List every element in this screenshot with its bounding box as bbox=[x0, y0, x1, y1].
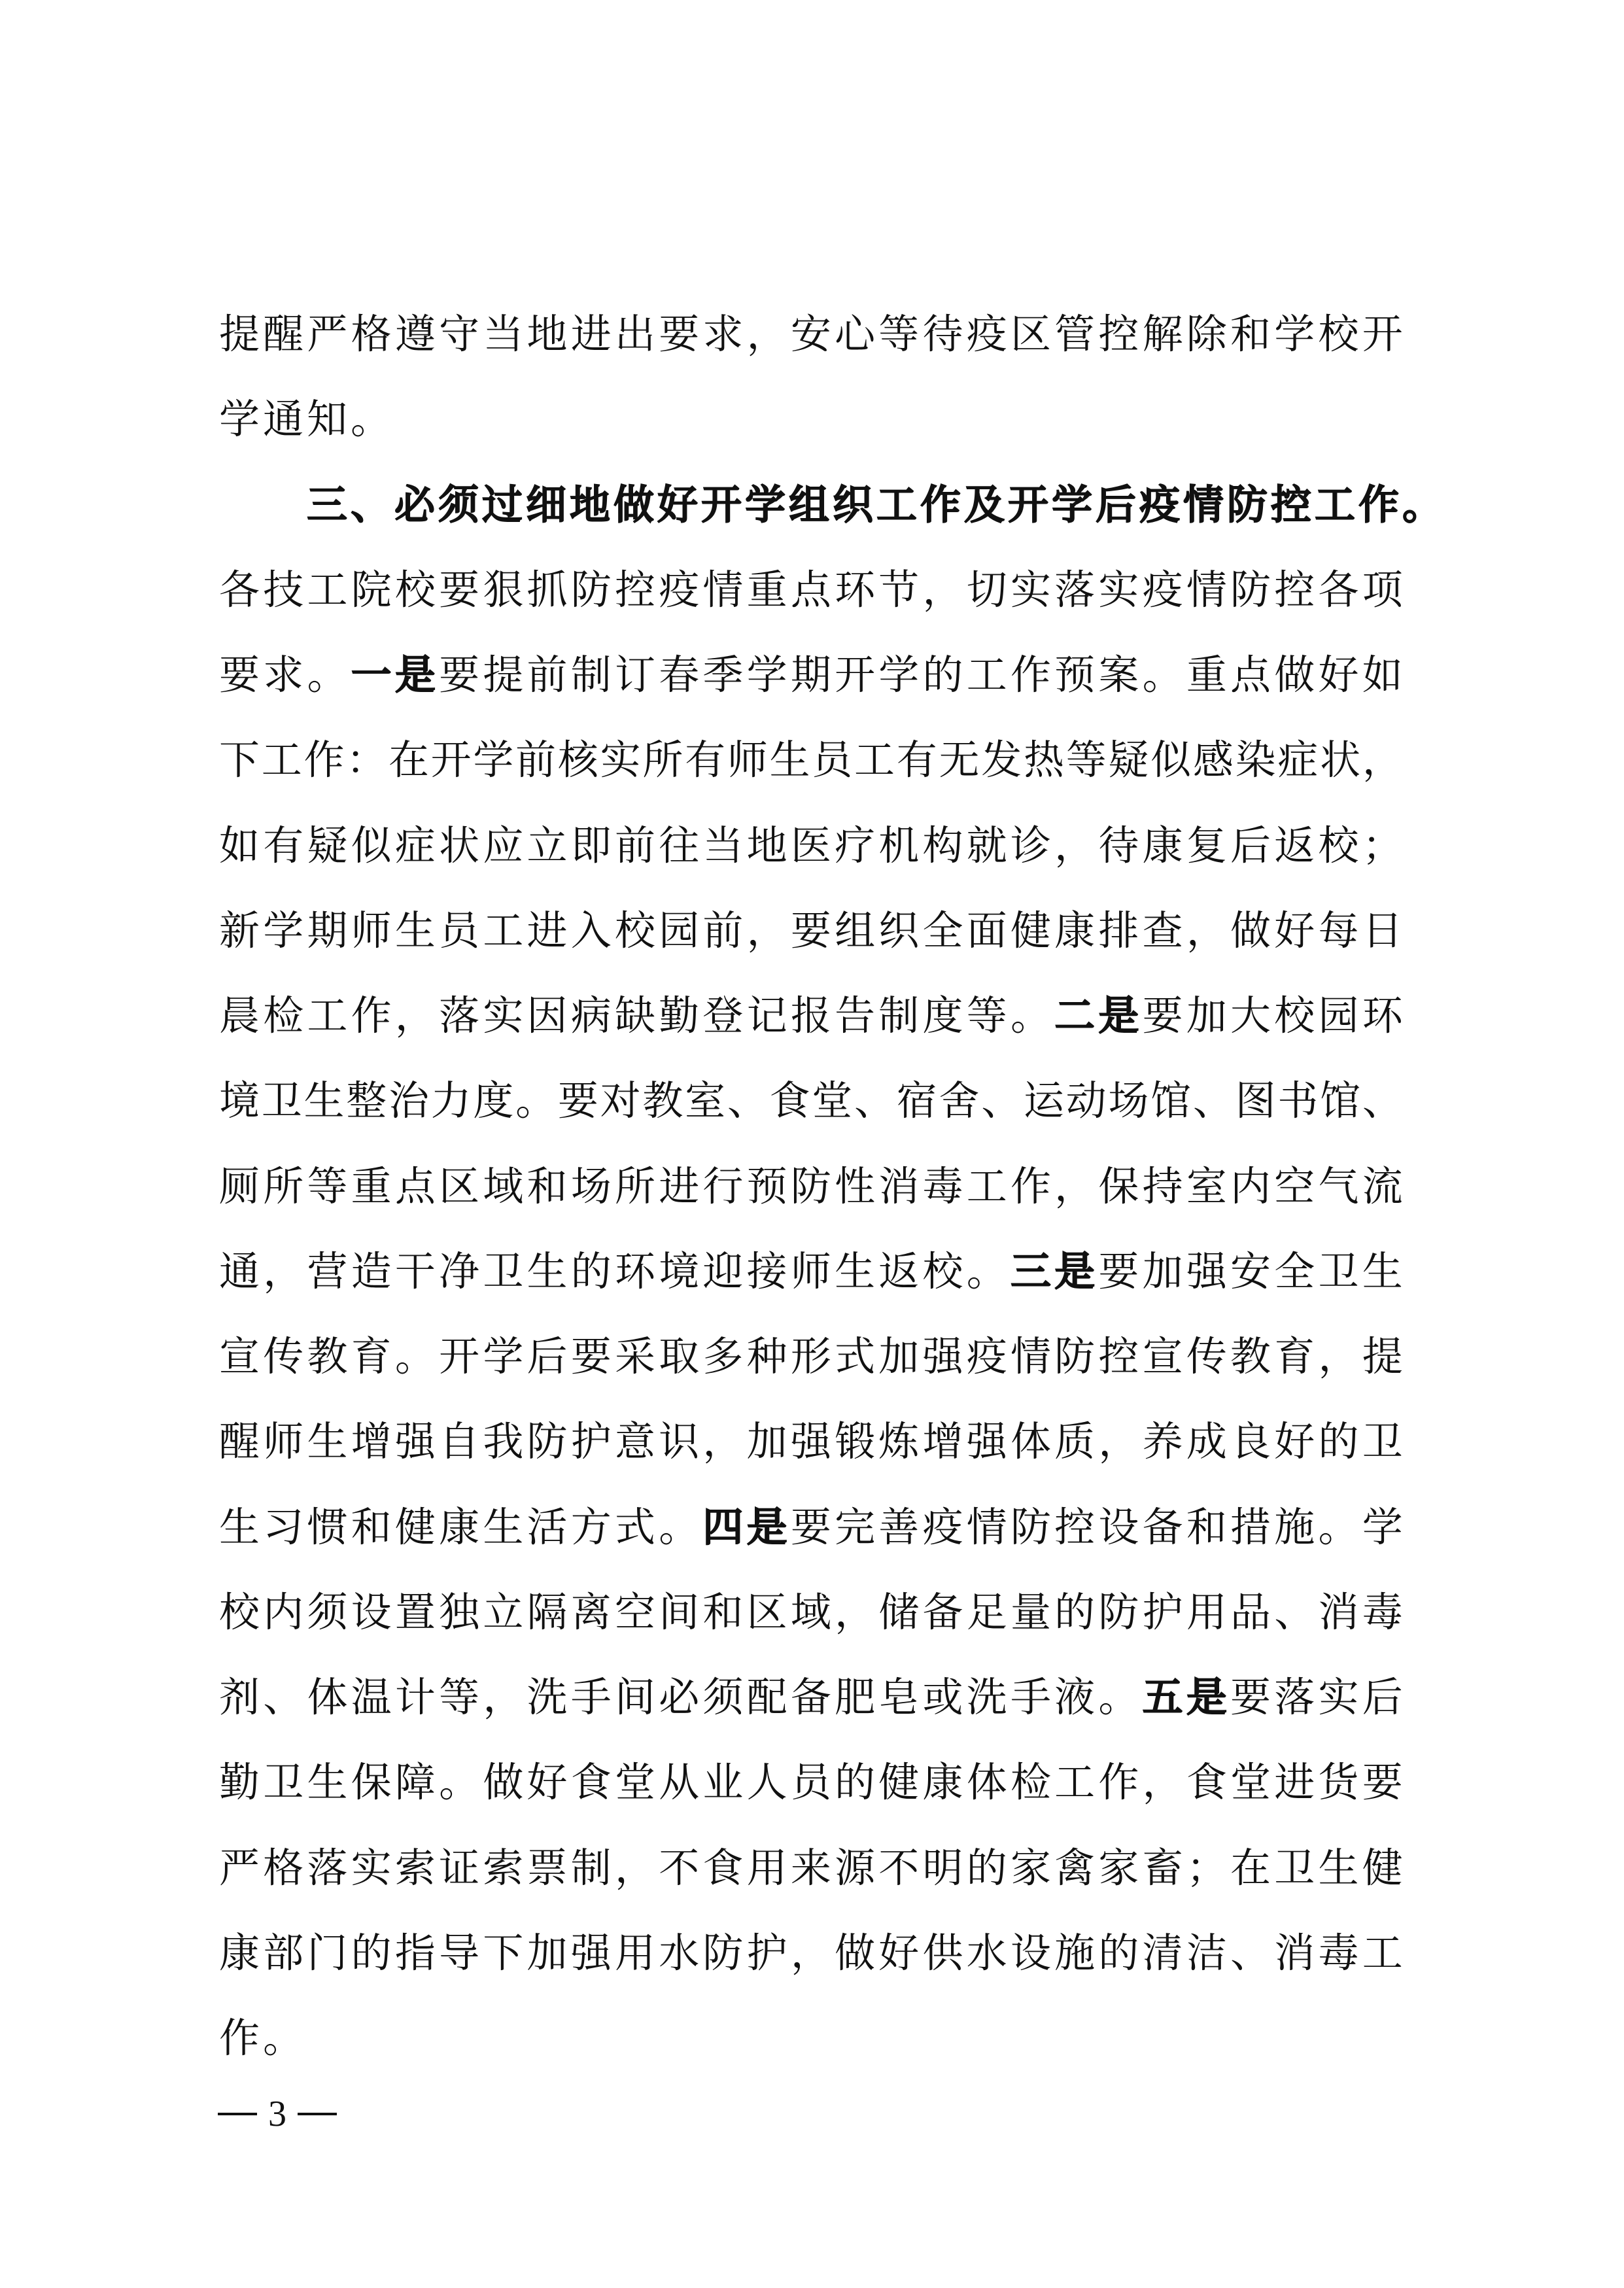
char: 护 bbox=[1143, 1570, 1183, 1655]
char: 等 bbox=[878, 292, 919, 377]
char: 食 bbox=[702, 1826, 743, 1911]
char: 后 bbox=[527, 1314, 568, 1399]
text-line: 作。 bbox=[219, 1996, 1403, 2081]
char: 切 bbox=[967, 547, 1007, 633]
char: 教 bbox=[1230, 1314, 1271, 1399]
char: 票 bbox=[527, 1826, 568, 1911]
char: 似 bbox=[351, 803, 392, 888]
char: 告 bbox=[835, 973, 875, 1058]
char: 大 bbox=[1230, 973, 1271, 1058]
char: 前 bbox=[702, 888, 743, 973]
char: 营 bbox=[307, 1229, 347, 1314]
char: 等 bbox=[1066, 718, 1107, 803]
char: 施 bbox=[1274, 1485, 1315, 1570]
char: 狠 bbox=[483, 547, 523, 633]
char: 好 bbox=[1274, 888, 1315, 973]
char: 工 bbox=[967, 633, 1007, 718]
char: 往 bbox=[659, 803, 699, 888]
char: 登 bbox=[702, 973, 743, 1058]
char: 间 bbox=[615, 1655, 655, 1740]
char: 重 bbox=[351, 1144, 392, 1229]
char: 剂 bbox=[219, 1655, 260, 1740]
char: 置 bbox=[395, 1570, 436, 1655]
char: 环 bbox=[615, 1229, 655, 1314]
char: 提 bbox=[1362, 1314, 1403, 1399]
char: 堂 bbox=[812, 1058, 852, 1143]
char: 毒 bbox=[1362, 1570, 1403, 1655]
char: 实 bbox=[1098, 547, 1139, 633]
char: 域 bbox=[791, 1570, 831, 1655]
char: 康 bbox=[219, 1911, 260, 1996]
char: 质 bbox=[1054, 1399, 1095, 1484]
char: 隔 bbox=[527, 1570, 568, 1655]
char: 染 bbox=[1235, 718, 1276, 803]
char: 不 bbox=[659, 1826, 699, 1911]
char: 落 bbox=[439, 973, 479, 1058]
char: 畜 bbox=[1143, 1826, 1183, 1911]
char: 护 bbox=[571, 1399, 612, 1484]
char: 书 bbox=[1277, 1058, 1318, 1143]
char: 备 bbox=[923, 1570, 963, 1655]
char: 下 bbox=[219, 718, 260, 803]
char: 师 bbox=[727, 718, 768, 803]
char: 采 bbox=[615, 1314, 655, 1399]
char: 情 bbox=[1186, 547, 1227, 633]
bold-char: 学 bbox=[745, 462, 786, 547]
char: 量 bbox=[1011, 1570, 1051, 1655]
char: 馆 bbox=[1320, 1058, 1360, 1143]
char: 流 bbox=[1362, 1144, 1403, 1229]
char: ， bbox=[615, 1826, 655, 1911]
char: 食 bbox=[770, 1058, 810, 1143]
char: 提 bbox=[219, 292, 260, 377]
char: 防 bbox=[791, 1144, 831, 1229]
char: 善 bbox=[878, 1485, 919, 1570]
text-line: 严格落实索证索票制，不食用来源不明的家禽家畜；在卫生健 bbox=[219, 1826, 1403, 1911]
char: 工 bbox=[967, 1144, 1007, 1229]
char: 手 bbox=[571, 1655, 612, 1740]
char: 点 bbox=[1230, 633, 1271, 718]
char: 好 bbox=[1274, 1399, 1315, 1484]
bold-char: 学 bbox=[1052, 462, 1092, 547]
char: 新 bbox=[219, 888, 260, 973]
char: 加 bbox=[1186, 973, 1227, 1058]
char: 生 bbox=[1362, 1229, 1403, 1314]
char: 堂 bbox=[1230, 1740, 1271, 1825]
text-line: 晨检工作，落实因病缺勤登记报告制度等。二是要加大校园环 bbox=[219, 973, 1403, 1058]
char: 度 bbox=[473, 1058, 513, 1143]
char: 控 bbox=[1054, 1485, 1095, 1570]
char: 症 bbox=[395, 803, 436, 888]
char: 有 bbox=[897, 718, 937, 803]
char: 的 bbox=[967, 1826, 1007, 1911]
char: 生 bbox=[395, 888, 436, 973]
char: 勤 bbox=[219, 1740, 260, 1825]
text-line: 通，营造干净卫生的环境迎接师生返校。三是要加强安全卫生 bbox=[219, 1229, 1403, 1314]
bold-char: 地 bbox=[570, 462, 610, 547]
text-line: 提醒严格遵守当地进出要求，安心等待疫区管控解除和学校开 bbox=[219, 292, 1403, 377]
char: ， bbox=[1054, 803, 1095, 888]
char: 间 bbox=[659, 1570, 699, 1655]
document-page: 提醒严格遵守当地进出要求，安心等待疫区管控解除和学校开学通知。 三、必须过细地做… bbox=[0, 0, 1624, 2288]
char: 和 bbox=[351, 1485, 392, 1570]
char: 卫 bbox=[1362, 1399, 1403, 1484]
char: 源 bbox=[835, 1826, 875, 1911]
char: 组 bbox=[835, 888, 875, 973]
char: 要 bbox=[791, 1485, 831, 1570]
bold-char: 作 bbox=[1358, 462, 1399, 547]
char: 多 bbox=[702, 1314, 743, 1399]
char: 报 bbox=[791, 973, 831, 1058]
char: 防 bbox=[1230, 547, 1271, 633]
char: 防 bbox=[702, 1911, 743, 1996]
char: 卫 bbox=[1274, 1826, 1315, 1911]
char: 业 bbox=[702, 1740, 743, 1825]
char: 禽 bbox=[1054, 1826, 1095, 1911]
char: 区 bbox=[747, 1570, 787, 1655]
char: 的 bbox=[1318, 1399, 1358, 1484]
bold-char: 做 bbox=[613, 462, 654, 547]
char: 度 bbox=[923, 973, 963, 1058]
char: 校 bbox=[1274, 973, 1315, 1058]
char: 控 bbox=[1098, 292, 1139, 377]
char: 学 bbox=[747, 633, 787, 718]
bold-char: 必 bbox=[394, 462, 435, 547]
char: 环 bbox=[835, 547, 875, 633]
char: 前 bbox=[615, 803, 655, 888]
char: 加 bbox=[878, 1314, 919, 1399]
char: 复 bbox=[1186, 803, 1227, 888]
char: ， bbox=[1318, 1314, 1358, 1399]
char: 有 bbox=[263, 803, 303, 888]
char: 园 bbox=[1318, 973, 1358, 1058]
char: 机 bbox=[878, 803, 919, 888]
bold-char: 三 bbox=[307, 462, 347, 547]
char: 各 bbox=[1318, 547, 1358, 633]
char: 状 bbox=[1320, 718, 1360, 803]
bold-char: 情 bbox=[1183, 462, 1224, 547]
char: 防 bbox=[1098, 1570, 1139, 1655]
char: 求 bbox=[263, 633, 303, 718]
char: 教 bbox=[642, 1058, 683, 1143]
char: 春 bbox=[659, 633, 699, 718]
char: 工 bbox=[307, 547, 347, 633]
char: 区 bbox=[1011, 292, 1051, 377]
char: 生 bbox=[307, 1740, 347, 1825]
char: 校 bbox=[923, 1229, 963, 1314]
char: 对 bbox=[600, 1058, 641, 1143]
char: 安 bbox=[1230, 1229, 1271, 1314]
char: 作 bbox=[1098, 1740, 1139, 1825]
char: 生 bbox=[835, 1229, 875, 1314]
char: 意 bbox=[615, 1399, 655, 1484]
char: 感 bbox=[1193, 718, 1234, 803]
char: 形 bbox=[791, 1314, 831, 1399]
char: 皂 bbox=[878, 1655, 919, 1740]
char: ， bbox=[923, 547, 963, 633]
char: 要 bbox=[439, 633, 479, 718]
char: 强 bbox=[395, 1399, 436, 1484]
char: 液 bbox=[1054, 1655, 1095, 1740]
char: 备 bbox=[1143, 1485, 1183, 1570]
char: 强 bbox=[967, 1399, 1007, 1484]
bold-char: 二 bbox=[1054, 973, 1095, 1058]
char: 卫 bbox=[263, 1740, 303, 1825]
char: 似 bbox=[1150, 718, 1191, 803]
bold-char: 组 bbox=[789, 462, 829, 547]
char: 抓 bbox=[527, 547, 568, 633]
char: 当 bbox=[702, 803, 743, 888]
char: 发 bbox=[981, 718, 1022, 803]
char: 货 bbox=[1318, 1740, 1358, 1825]
char: 织 bbox=[878, 888, 919, 973]
char: 知 bbox=[307, 377, 347, 462]
char: 后 bbox=[1230, 803, 1271, 888]
char: 。 bbox=[659, 1485, 699, 1570]
char: 生 bbox=[303, 1058, 344, 1143]
char: 地 bbox=[527, 292, 568, 377]
bold-char: 好 bbox=[657, 462, 698, 547]
char: 预 bbox=[1054, 633, 1095, 718]
char: 行 bbox=[702, 1144, 743, 1229]
bold-char: 是 bbox=[1186, 1655, 1227, 1740]
char: 接 bbox=[747, 1229, 787, 1314]
char: 好 bbox=[1318, 633, 1358, 718]
char: 全 bbox=[923, 888, 963, 973]
char: 防 bbox=[527, 1399, 568, 1484]
char: 学 bbox=[878, 633, 919, 718]
bold-char: 须 bbox=[438, 462, 479, 547]
char: 好 bbox=[878, 1911, 919, 1996]
char: 、 bbox=[854, 1058, 895, 1143]
char: 域 bbox=[483, 1144, 523, 1229]
char: 养 bbox=[1143, 1399, 1183, 1484]
char: 健 bbox=[1362, 1826, 1403, 1911]
char: 工 bbox=[483, 888, 523, 973]
bold-char: 。 bbox=[1402, 462, 1443, 547]
char: 体 bbox=[1011, 1399, 1051, 1484]
char: 生 bbox=[307, 1399, 347, 1484]
page-number-left-dash bbox=[218, 2113, 257, 2115]
char: 强 bbox=[791, 1399, 831, 1484]
bold-char: 是 bbox=[395, 633, 436, 718]
char: 诊 bbox=[1011, 803, 1051, 888]
char: 气 bbox=[1318, 1144, 1358, 1229]
char: 要 bbox=[1230, 1655, 1271, 1740]
char: 净 bbox=[439, 1229, 479, 1314]
char: 全 bbox=[1274, 1229, 1315, 1314]
char: 肥 bbox=[835, 1655, 875, 1740]
char: 力 bbox=[431, 1058, 472, 1143]
char: 。 bbox=[351, 377, 391, 462]
char: 要 bbox=[1098, 1229, 1139, 1314]
char: 地 bbox=[747, 803, 787, 888]
char: 技 bbox=[263, 547, 303, 633]
char: 干 bbox=[395, 1229, 436, 1314]
char: 和 bbox=[527, 1144, 568, 1229]
char: ， bbox=[747, 888, 787, 973]
char: 医 bbox=[791, 803, 831, 888]
char: 人 bbox=[747, 1740, 787, 1825]
char: 就 bbox=[967, 803, 1007, 888]
bold-char: 五 bbox=[1143, 1655, 1183, 1740]
char: ， bbox=[1362, 718, 1403, 803]
char: 温 bbox=[351, 1655, 392, 1740]
char: 用 bbox=[615, 1911, 655, 1996]
char: 在 bbox=[389, 718, 429, 803]
char: 。 bbox=[1318, 1485, 1358, 1570]
char: 保 bbox=[1098, 1144, 1139, 1229]
char: 要 bbox=[219, 633, 260, 718]
char: 内 bbox=[263, 1570, 303, 1655]
char: 宿 bbox=[897, 1058, 937, 1143]
char: 做 bbox=[1274, 633, 1315, 718]
char: 员 bbox=[812, 718, 852, 803]
char: 情 bbox=[967, 1485, 1007, 1570]
char: 立 bbox=[527, 803, 568, 888]
char: 勤 bbox=[659, 973, 699, 1058]
char: 治 bbox=[389, 1058, 429, 1143]
char: 面 bbox=[967, 888, 1007, 973]
char: 场 bbox=[571, 1144, 612, 1229]
char: 传 bbox=[263, 1314, 303, 1399]
char: 状 bbox=[439, 803, 479, 888]
char: 疫 bbox=[967, 292, 1007, 377]
char: ， bbox=[702, 1399, 743, 1484]
char: 记 bbox=[747, 973, 787, 1058]
char: 育 bbox=[1274, 1314, 1315, 1399]
char: 除 bbox=[1186, 292, 1227, 377]
bold-char: 工 bbox=[1315, 462, 1355, 547]
char: 、 bbox=[981, 1058, 1022, 1143]
char: 生 bbox=[770, 718, 810, 803]
char: 防 bbox=[1011, 1485, 1051, 1570]
bold-char: 作 bbox=[920, 462, 961, 547]
char: 索 bbox=[395, 1826, 436, 1911]
char: 进 bbox=[527, 888, 568, 973]
char: 各 bbox=[219, 547, 260, 633]
char: 校 bbox=[615, 888, 655, 973]
char: 、 bbox=[263, 1655, 303, 1740]
char: 控 bbox=[615, 547, 655, 633]
char: 卫 bbox=[1318, 1229, 1358, 1314]
char: ： bbox=[346, 718, 387, 803]
char: 应 bbox=[483, 803, 523, 888]
char: 学 bbox=[483, 1314, 523, 1399]
char: 毒 bbox=[923, 1144, 963, 1229]
char: 所 bbox=[642, 718, 683, 803]
text-line: 下工作：在开学前核实所有师生员工有无发热等疑似感染症状， bbox=[219, 718, 1403, 803]
char: 学 bbox=[1362, 1485, 1403, 1570]
char: 出 bbox=[615, 292, 655, 377]
char: 作 bbox=[219, 1996, 260, 2081]
char: 运 bbox=[1024, 1058, 1064, 1143]
char: 须 bbox=[702, 1655, 743, 1740]
char: 毒 bbox=[1318, 1911, 1358, 1996]
char: 和 bbox=[1230, 292, 1271, 377]
page-number: 3 bbox=[218, 2093, 337, 2135]
char: 良 bbox=[1230, 1399, 1271, 1484]
char: 如 bbox=[219, 803, 260, 888]
char: 前 bbox=[515, 718, 556, 803]
char: 严 bbox=[219, 1826, 260, 1911]
char: 开 bbox=[1362, 292, 1403, 377]
char: 防 bbox=[1054, 1314, 1095, 1399]
char: 供 bbox=[923, 1911, 963, 1996]
char: 即 bbox=[571, 803, 612, 888]
char: 图 bbox=[1235, 1058, 1276, 1143]
char: 空 bbox=[1274, 1144, 1315, 1229]
char: 落 bbox=[1054, 547, 1095, 633]
char: 实 bbox=[483, 973, 523, 1058]
char: 导 bbox=[439, 1911, 479, 1996]
char: 持 bbox=[1143, 1144, 1183, 1229]
char: 增 bbox=[923, 1399, 963, 1484]
char: 。 bbox=[1011, 973, 1051, 1058]
char: 案 bbox=[1098, 633, 1139, 718]
char: 待 bbox=[1098, 803, 1139, 888]
char: 家 bbox=[1098, 1826, 1139, 1911]
char: 生 bbox=[483, 1485, 523, 1570]
char: 完 bbox=[835, 1485, 875, 1570]
char: 施 bbox=[1054, 1911, 1095, 1996]
char: 活 bbox=[527, 1485, 568, 1570]
char: 强 bbox=[1186, 1229, 1227, 1314]
char: 配 bbox=[747, 1655, 787, 1740]
char: 。 bbox=[1098, 1655, 1139, 1740]
text-line: 校内须设置独立隔离空间和区域，储备足量的防护用品、消毒 bbox=[219, 1570, 1403, 1655]
char: 学 bbox=[1274, 292, 1315, 377]
char: 工 bbox=[262, 718, 302, 803]
char: ， bbox=[1186, 888, 1227, 973]
char: 进 bbox=[1274, 1740, 1315, 1825]
char: 作 bbox=[1011, 633, 1051, 718]
char: 设 bbox=[1098, 1485, 1139, 1570]
char: 学 bbox=[219, 377, 260, 462]
char: 因 bbox=[527, 973, 568, 1058]
char: 等 bbox=[967, 973, 1007, 1058]
char: 格 bbox=[351, 292, 392, 377]
char: 的 bbox=[351, 1911, 392, 1996]
char: 的 bbox=[923, 633, 963, 718]
char: 严 bbox=[307, 292, 347, 377]
char: 制 bbox=[878, 973, 919, 1058]
char: 宣 bbox=[219, 1314, 260, 1399]
char: 锻 bbox=[835, 1399, 875, 1484]
bold-char: 细 bbox=[526, 462, 566, 547]
char: 期 bbox=[307, 888, 347, 973]
char: 消 bbox=[1274, 1911, 1315, 1996]
char: 要 bbox=[1362, 1740, 1403, 1825]
char: 明 bbox=[923, 1826, 963, 1911]
char: 离 bbox=[571, 1570, 612, 1655]
char: 。 bbox=[515, 1058, 556, 1143]
char: 储 bbox=[878, 1570, 919, 1655]
char: 强 bbox=[571, 1911, 612, 1996]
char: 从 bbox=[659, 1740, 699, 1825]
char: 取 bbox=[659, 1314, 699, 1399]
char: 心 bbox=[835, 292, 875, 377]
char: 种 bbox=[747, 1314, 787, 1399]
char: 教 bbox=[307, 1314, 347, 1399]
char: 康 bbox=[1054, 888, 1095, 973]
char: 或 bbox=[923, 1655, 963, 1740]
char: 工 bbox=[1054, 1740, 1095, 1825]
char: 实 bbox=[351, 1826, 392, 1911]
char: ， bbox=[483, 1655, 523, 1740]
char: 节 bbox=[878, 547, 919, 633]
char: 管 bbox=[1054, 292, 1095, 377]
